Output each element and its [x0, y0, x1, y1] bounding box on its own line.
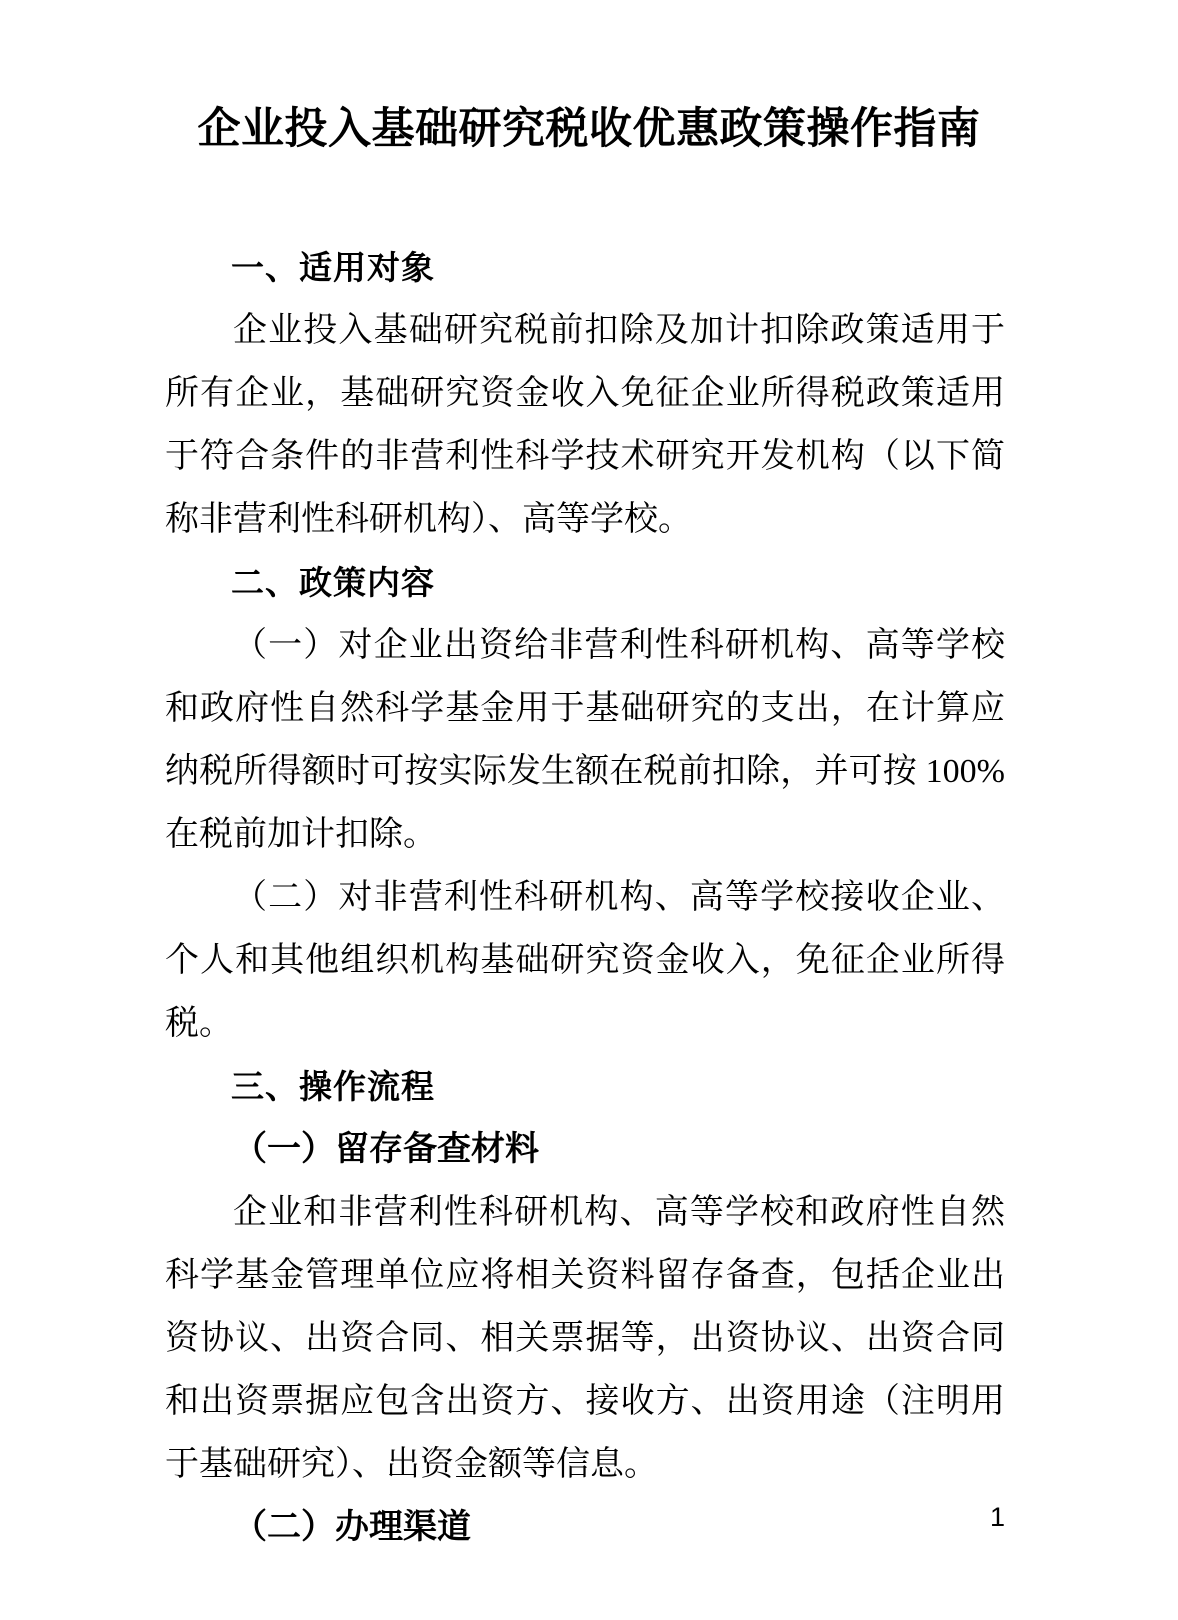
document-body: 一、适用对象 企业投入基础研究税前扣除及加计扣除政策适用于所有企业，基础研究资金… — [165, 236, 1005, 1559]
paragraph-applicable-targets: 企业投入基础研究税前扣除及加计扣除政策适用于所有企业，基础研究资金收入免征企业所… — [165, 299, 1005, 551]
sub-heading-handling-channels: （二）办理渠道 — [165, 1496, 1005, 1559]
paragraph-policy-content-2: （二）对非营利性科研机构、高等学校接收企业、个人和其他组织机构基础研究资金收入，… — [165, 866, 1005, 1055]
sub-heading-retained-materials: （一）留存备查材料 — [165, 1118, 1005, 1181]
document-page: 企业投入基础研究税收优惠政策操作指南 一、适用对象 企业投入基础研究税前扣除及加… — [0, 0, 1178, 1620]
paragraph-retained-materials: 企业和非营利性科研机构、高等学校和政府性自然科学基金管理单位应将相关资料留存备查… — [165, 1181, 1005, 1496]
section-heading-operation-process: 三、操作流程 — [165, 1055, 1005, 1118]
paragraph-policy-content-1: （一）对企业出资给非营利性科研机构、高等学校和政府性自然科学基金用于基础研究的支… — [165, 614, 1005, 866]
section-heading-policy-content: 二、政策内容 — [165, 551, 1005, 614]
page-number: 1 — [990, 1502, 1005, 1532]
document-title: 企业投入基础研究税收优惠政策操作指南 — [0, 94, 1178, 166]
section-heading-applicable-targets: 一、适用对象 — [165, 236, 1005, 299]
